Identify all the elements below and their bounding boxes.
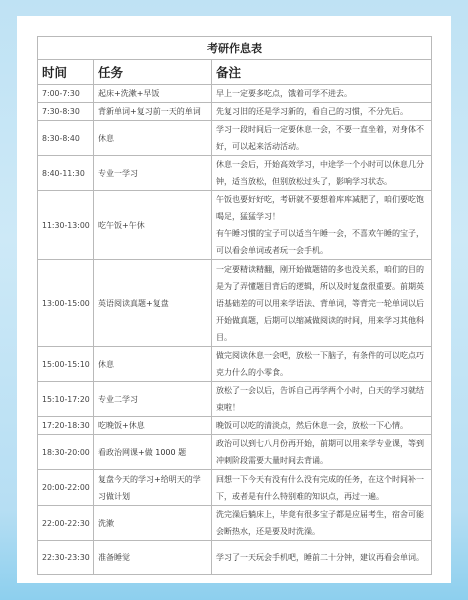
title-row: 考研作息表	[38, 37, 432, 60]
note-cell: 早上一定要多吃点，饿着可学不进去。	[212, 85, 432, 103]
time-cell: 22:30-23:30	[38, 541, 94, 575]
header-time: 时间	[38, 60, 94, 85]
note-text: 一定要精读精翻，刚开始做题错的多也没关系，咱们的目的是为了弄懂题目背后的逻辑，所…	[216, 261, 427, 346]
note-cell: 做完阅读休息一会吧，放松一下脑子，有条件的可以吃点巧克力什么的小零食。	[212, 347, 432, 382]
note-cell: 放松了一会以后，告诉自己再学两个小时，白天的学习就结束啦！	[212, 382, 432, 417]
table-row: 7:00-7:30起床+洗漱+早饭早上一定要多吃点，饿着可学不进去。	[38, 85, 432, 103]
note-cell: 先复习旧的还是学习新的，看自己的习惯，不分先后。	[212, 103, 432, 121]
time-cell: 15:00-15:10	[38, 347, 94, 382]
note-text: 洗完澡后躺床上，毕竟有很多宝子都是应届考生，宿舍可能会断热水，还是要及时洗澡。	[216, 506, 427, 540]
task-cell: 英语阅读真题+复盘	[94, 260, 212, 347]
table-row: 15:00-15:10休息做完阅读休息一会吧，放松一下脑子，有条件的可以吃点巧克…	[38, 347, 432, 382]
time-cell: 17:20-18:30	[38, 417, 94, 435]
header-row: 时间 任务 备注	[38, 60, 432, 85]
note-cell: 晚饭可以吃的清淡点，然后休息一会，放松一下心情。	[212, 417, 432, 435]
task-cell: 背新单词+复习前一天的单词	[94, 103, 212, 121]
note-text: 午饭也要好好吃，考研就不要想着库库减肥了，咱们要吃饱喝足，猛猛学习！	[216, 191, 427, 225]
note-text: 放松了一会以后，告诉自己再学两个小时，白天的学习就结束啦！	[216, 382, 427, 416]
time-cell: 15:10-17:20	[38, 382, 94, 417]
task-cell: 洗漱	[94, 506, 212, 541]
table-row: 18:30-20:00看政治网课+做 1000 题政治可以到七八月份再开始，前期…	[38, 435, 432, 470]
time-cell: 11:30-13:00	[38, 191, 94, 260]
note-text: 有午睡习惯的宝子可以适当午睡一会，不喜欢午睡的宝子，可以看会单词或者玩一会手机。	[216, 225, 427, 259]
note-cell: 学习一段时间后一定要休息一会，不要一直坐着，对身体不好，可以起来活动活动。	[212, 121, 432, 156]
task-cell: 吃午饭+午休	[94, 191, 212, 260]
task-cell: 准备睡觉	[94, 541, 212, 575]
time-cell: 8:30-8:40	[38, 121, 94, 156]
time-cell: 20:00-22:00	[38, 470, 94, 506]
note-text: 休息一会后，开始高效学习，中途学一个小时可以休息几分钟，适当放松，但别放松过头了…	[216, 156, 427, 190]
header-task: 任务	[94, 60, 212, 85]
table-row: 22:00-22:30洗漱洗完澡后躺床上，毕竟有很多宝子都是应届考生，宿舍可能会…	[38, 506, 432, 541]
note-text: 政治可以到七八月份再开始，前期可以用来学专业课，等到冲刺阶段需要大量时间去背诵。	[216, 435, 427, 469]
note-cell: 午饭也要好好吃，考研就不要想着库库减肥了，咱们要吃饱喝足，猛猛学习！有午睡习惯的…	[212, 191, 432, 260]
table-row: 20:00-22:00复盘今天的学习+给明天的学习做计划回想一下今天有没有什么没…	[38, 470, 432, 506]
note-cell: 学习了一天玩会手机吧，睡前二十分钟，建议再看会单词。	[212, 541, 432, 575]
table-row: 8:40-11:30专业一学习休息一会后，开始高效学习，中途学一个小时可以休息几…	[38, 156, 432, 191]
task-cell: 休息	[94, 347, 212, 382]
schedule-card: 考研作息表 时间 任务 备注 7:00-7:30起床+洗漱+早饭早上一定要多吃点…	[17, 16, 451, 583]
table-row: 17:20-18:30吃晚饭+休息晚饭可以吃的清淡点，然后休息一会，放松一下心情…	[38, 417, 432, 435]
task-cell: 看政治网课+做 1000 题	[94, 435, 212, 470]
task-cell: 专业二学习	[94, 382, 212, 417]
time-cell: 22:00-22:30	[38, 506, 94, 541]
time-cell: 8:40-11:30	[38, 156, 94, 191]
task-cell: 专业一学习	[94, 156, 212, 191]
note-text: 晚饭可以吃的清淡点，然后休息一会，放松一下心情。	[216, 417, 427, 434]
table-row: 7:30-8:30背新单词+复习前一天的单词先复习旧的还是学习新的，看自己的习惯…	[38, 103, 432, 121]
note-text: 做完阅读休息一会吧，放松一下脑子，有条件的可以吃点巧克力什么的小零食。	[216, 347, 427, 381]
task-cell: 休息	[94, 121, 212, 156]
note-text: 学习一段时间后一定要休息一会，不要一直坐着，对身体不好，可以起来活动活动。	[216, 121, 427, 155]
note-text: 先复习旧的还是学习新的，看自己的习惯，不分先后。	[216, 103, 427, 120]
table-row: 11:30-13:00吃午饭+午休午饭也要好好吃，考研就不要想着库库减肥了，咱们…	[38, 191, 432, 260]
task-cell: 起床+洗漱+早饭	[94, 85, 212, 103]
note-text: 回想一下今天有没有什么没有完成的任务，在这个时间补一下，或者是有什么特别难的知识…	[216, 471, 427, 505]
note-cell: 休息一会后，开始高效学习，中途学一个小时可以休息几分钟，适当放松，但别放松过头了…	[212, 156, 432, 191]
note-cell: 回想一下今天有没有什么没有完成的任务，在这个时间补一下，或者是有什么特别难的知识…	[212, 470, 432, 506]
task-cell: 复盘今天的学习+给明天的学习做计划	[94, 470, 212, 506]
time-cell: 13:00-15:00	[38, 260, 94, 347]
schedule-rows: 7:00-7:30起床+洗漱+早饭早上一定要多吃点，饿着可学不进去。7:30-8…	[38, 85, 432, 575]
time-cell: 7:30-8:30	[38, 103, 94, 121]
note-text: 早上一定要多吃点，饿着可学不进去。	[216, 85, 427, 102]
note-cell: 洗完澡后躺床上，毕竟有很多宝子都是应届考生，宿舍可能会断热水，还是要及时洗澡。	[212, 506, 432, 541]
note-text: 学习了一天玩会手机吧，睡前二十分钟，建议再看会单词。	[216, 549, 427, 566]
table-title: 考研作息表	[38, 37, 432, 60]
table-row: 15:10-17:20专业二学习放松了一会以后，告诉自己再学两个小时，白天的学习…	[38, 382, 432, 417]
note-cell: 政治可以到七八月份再开始，前期可以用来学专业课，等到冲刺阶段需要大量时间去背诵。	[212, 435, 432, 470]
note-cell: 一定要精读精翻，刚开始做题错的多也没关系，咱们的目的是为了弄懂题目背后的逻辑，所…	[212, 260, 432, 347]
time-cell: 7:00-7:30	[38, 85, 94, 103]
table-row: 8:30-8:40休息学习一段时间后一定要休息一会，不要一直坐着，对身体不好，可…	[38, 121, 432, 156]
table-row: 13:00-15:00英语阅读真题+复盘一定要精读精翻，刚开始做题错的多也没关系…	[38, 260, 432, 347]
header-note: 备注	[212, 60, 432, 85]
time-cell: 18:30-20:00	[38, 435, 94, 470]
task-cell: 吃晚饭+休息	[94, 417, 212, 435]
table-row: 22:30-23:30准备睡觉学习了一天玩会手机吧，睡前二十分钟，建议再看会单词…	[38, 541, 432, 575]
schedule-table: 考研作息表 时间 任务 备注 7:00-7:30起床+洗漱+早饭早上一定要多吃点…	[37, 36, 432, 575]
